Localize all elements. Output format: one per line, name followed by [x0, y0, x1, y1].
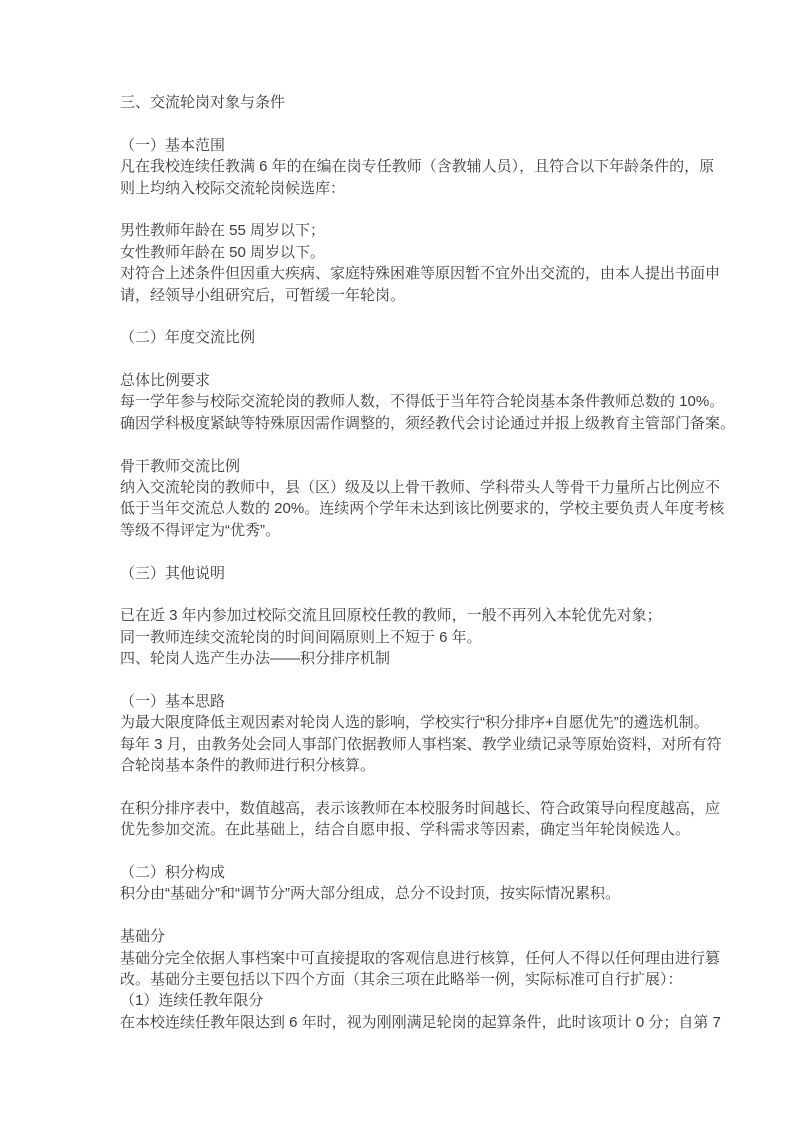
text-line: 对符合上述条件但因重大疾病、家庭特殊困难等原因暂不宜外出交流的，由本人提出书面申: [120, 263, 692, 284]
section-3-2-heading: （二）年度交流比例: [120, 327, 692, 348]
other-notes-and-section-4-heading: 已在近 3 年内参加过校际交流且回原校任教的教师，一般不再列入本轮优先对象；同一…: [120, 605, 692, 669]
section-3-heading: 三、交流轮岗对象与条件: [120, 92, 692, 113]
text-line: 积分由“基础分”和“调节分”两大部分组成，总分不设封顶，按实际情况累积。: [120, 883, 692, 904]
age-conditions: 男性教师年龄在 55 周岁以下；女性教师年龄在 50 周岁以下。对符合上述条件但…: [120, 220, 692, 306]
text-line: 已在近 3 年内参加过校际交流且回原校任教的教师，一般不再列入本轮优先对象；: [120, 605, 692, 626]
document-page: 三、交流轮岗对象与条件（一）基本范围凡在我校连续任教满 6 年的在编在岗专任教师…: [0, 0, 793, 1122]
text-line: 确因学科极度紧缺等特殊原因需作调整的，须经教代会讨论通过并报上级教育主管部门备案…: [120, 413, 692, 434]
text-line: 则上均纳入校际交流轮岗候选库：: [120, 178, 692, 199]
text-line: （二）积分构成: [120, 862, 692, 883]
text-line: 基础分: [120, 926, 692, 947]
text-line: 三、交流轮岗对象与条件: [120, 92, 692, 113]
text-line: （一）基本思路: [120, 691, 692, 712]
text-line: 女性教师年龄在 50 周岁以下。: [120, 242, 692, 263]
text-line: 等级不得评定为“优秀”。: [120, 520, 692, 541]
text-line: （一）基本范围: [120, 135, 692, 156]
text-line: （二）年度交流比例: [120, 327, 692, 348]
section-4-2-score-composition: （二）积分构成积分由“基础分”和“调节分”两大部分组成，总分不设封顶，按实际情况…: [120, 862, 692, 905]
text-line: 在本校连续任教年限达到 6 年时，视为刚刚满足轮岗的起算条件，此时该项计 0 分…: [120, 1012, 692, 1033]
text-line: 优先参加交流。在此基础上，结合自愿申报、学科需求等因素，确定当年轮岗候选人。: [120, 819, 692, 840]
section-3-1-basic-scope: （一）基本范围凡在我校连续任教满 6 年的在编在岗专任教师（含教辅人员），且符合…: [120, 135, 692, 199]
text-line: 基础分完全依据人事档案中可直接提取的客观信息进行核算，任何人不得以任何理由进行篡: [120, 948, 692, 969]
text-line: 纳入交流轮岗的教师中，县（区）级及以上骨干教师、学科带头人等骨干力量所占比例应不: [120, 477, 692, 498]
score-ranking-explanation: 在积分排序表中，数值越高，表示该教师在本校服务时间越长、符合政策导向程度越高，应…: [120, 798, 692, 841]
text-line: 低于当年交流总人数的 20%。连续两个学年未达到该比例要求的，学校主要负责人年度…: [120, 498, 692, 519]
text-line: 每年 3 月，由教务处会同人事部门依据教师人事档案、教学业绩记录等原始资料，对所…: [120, 734, 692, 755]
text-line: 同一教师连续交流轮岗的时间间隔原则上不短于 6 年。: [120, 627, 692, 648]
overall-ratio-requirement: 总体比例要求每一学年参与校际交流轮岗的教师人数，不得低于当年符合轮岗基本条件教师…: [120, 370, 692, 434]
text-line: 改。基础分主要包括以下四个方面（其余三项在此略举一例，实际标准可自行扩展）：: [120, 969, 692, 990]
text-line: 为最大限度降低主观因素对轮岗人选的影响，学校实行“积分排序+自愿优先”的遴选机制…: [120, 712, 692, 733]
base-score: 基础分基础分完全依据人事档案中可直接提取的客观信息进行核算，任何人不得以任何理由…: [120, 926, 692, 1033]
text-line: 在积分排序表中，数值越高，表示该教师在本校服务时间越长、符合政策导向程度越高，应: [120, 798, 692, 819]
text-line: （三）其他说明: [120, 563, 692, 584]
text-line: 总体比例要求: [120, 370, 692, 391]
text-line: （1）连续任教年限分: [120, 990, 692, 1011]
section-3-3-heading: （三）其他说明: [120, 563, 692, 584]
text-line: 合轮岗基本条件的教师进行积分核算。: [120, 755, 692, 776]
text-line: 凡在我校连续任教满 6 年的在编在岗专任教师（含教辅人员），且符合以下年龄条件的…: [120, 156, 692, 177]
text-line: 四、轮岗人选产生办法——积分排序机制: [120, 648, 692, 669]
section-4-1-basic-idea: （一）基本思路为最大限度降低主观因素对轮岗人选的影响，学校实行“积分排序+自愿优…: [120, 691, 692, 777]
text-line: 每一学年参与校际交流轮岗的教师人数，不得低于当年符合轮岗基本条件教师总数的 10…: [120, 391, 692, 412]
text-line: 骨干教师交流比例: [120, 456, 692, 477]
backbone-teacher-ratio: 骨干教师交流比例纳入交流轮岗的教师中，县（区）级及以上骨干教师、学科带头人等骨干…: [120, 456, 692, 542]
text-line: 请，经领导小组研究后，可暂缓一年轮岗。: [120, 285, 692, 306]
document-body: 三、交流轮岗对象与条件（一）基本范围凡在我校连续任教满 6 年的在编在岗专任教师…: [120, 92, 692, 1033]
text-line: 男性教师年龄在 55 周岁以下；: [120, 220, 692, 241]
